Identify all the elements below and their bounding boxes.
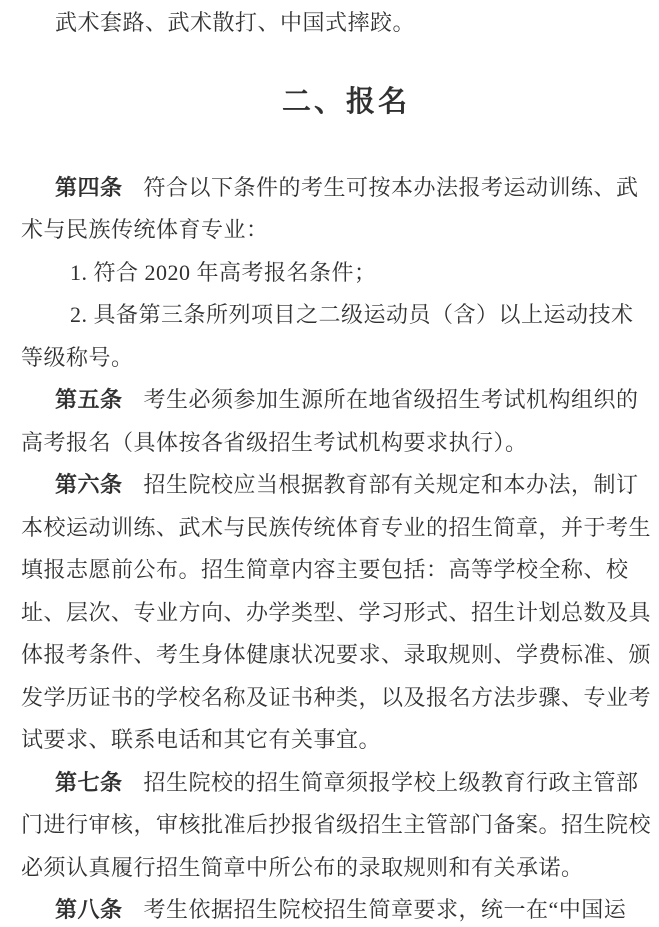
scanned-document-page: 武术套路、武术散打、中国式摔跤。二、报名第四条符合以下条件的考生可按本办法报考运… bbox=[0, 0, 659, 927]
document-line: 试要求、联系电话和其它有关事宜。 bbox=[21, 719, 655, 762]
document-line: 门进行审核，审核批准后抄报省级招生主管部门备案。招生院校 bbox=[21, 804, 655, 847]
article-first-line: 第六条招生院校应当根据教育部有关规定和本办法，制订 bbox=[21, 464, 655, 507]
article-first-line: 第八条考生依据招生院校招生简章要求，统一在“中国运 bbox=[21, 889, 655, 927]
document-line: 本校运动训练、武术与民族传统体育专业的招生简章，并于考生 bbox=[21, 507, 655, 550]
document-line: 发学历证书的学校名称及证书种类，以及报名方法步骤、专业考 bbox=[21, 677, 655, 720]
document-line: 高考报名（具体按各省级招生考试机构要求执行）。 bbox=[21, 422, 655, 465]
document-line: 必须认真履行招生简章中所公布的录取规则和有关承诺。 bbox=[21, 847, 655, 890]
section-heading: 二、报名 bbox=[21, 81, 655, 124]
article-label: 第五条 bbox=[55, 387, 123, 412]
article-text: 招生院校的招生简章须报学校上级教育行政主管部 bbox=[144, 770, 639, 795]
article-text: 考生依据招生院校招生简章要求，统一在“中国运 bbox=[144, 897, 627, 922]
list-item-line: 1. 符合 2020 年高考报名条件； bbox=[21, 252, 655, 295]
document-body: 武术套路、武术散打、中国式摔跤。二、报名第四条符合以下条件的考生可按本办法报考运… bbox=[0, 0, 659, 927]
article-label: 第七条 bbox=[55, 770, 123, 795]
document-line: 体报考条件、考生身体健康状况要求、录取规则、学费标准、颁 bbox=[21, 634, 655, 677]
article-text: 符合以下条件的考生可按本办法报考运动训练、武 bbox=[144, 175, 639, 200]
document-line: 武术套路、武术散打、中国式摔跤。 bbox=[21, 2, 655, 45]
list-item-line: 2. 具备第三条所列项目之二级运动员（含）以上运动技术 bbox=[21, 294, 655, 337]
article-label: 第四条 bbox=[55, 175, 123, 200]
article-label: 第八条 bbox=[55, 897, 123, 922]
document-line: 等级称号。 bbox=[21, 337, 655, 380]
document-line: 术与民族传统体育专业： bbox=[21, 209, 655, 252]
article-first-line: 第五条考生必须参加生源所在地省级招生考试机构组织的 bbox=[21, 379, 655, 422]
article-text: 考生必须参加生源所在地省级招生考试机构组织的 bbox=[144, 387, 639, 412]
article-first-line: 第四条符合以下条件的考生可按本办法报考运动训练、武 bbox=[21, 167, 655, 210]
article-first-line: 第七条招生院校的招生简章须报学校上级教育行政主管部 bbox=[21, 762, 655, 805]
article-text: 招生院校应当根据教育部有关规定和本办法，制订 bbox=[144, 472, 639, 497]
document-line: 址、层次、专业方向、办学类型、学习形式、招生计划总数及具 bbox=[21, 592, 655, 635]
document-line: 填报志愿前公布。招生简章内容主要包括：高等学校全称、校 bbox=[21, 549, 655, 592]
article-label: 第六条 bbox=[55, 472, 123, 497]
